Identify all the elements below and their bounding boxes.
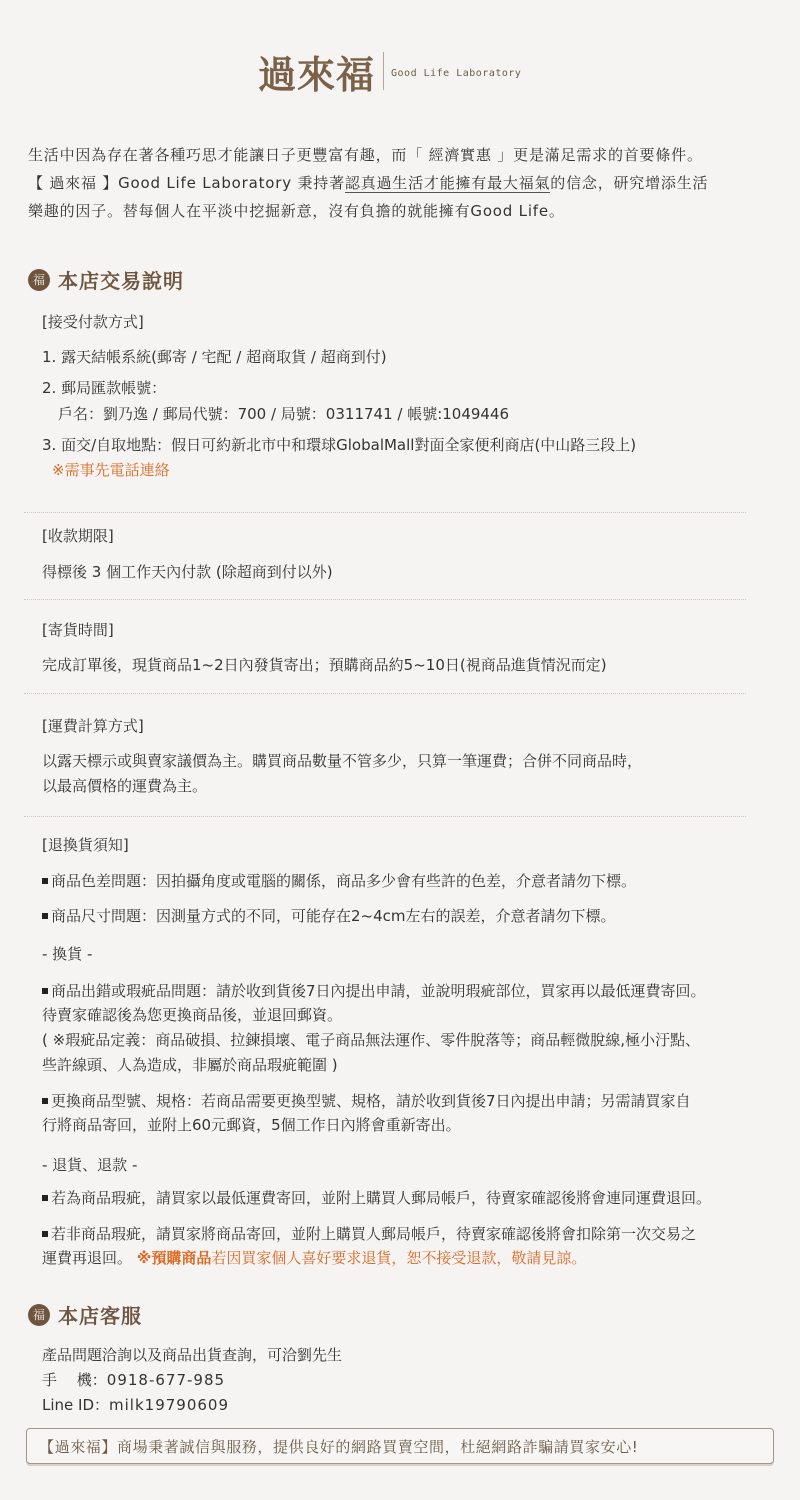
bullet-square-icon — [42, 878, 48, 884]
intro-line-1: 生活中因為存在著各種巧思才能讓日子更豐富有趣，而「 經濟實惠 」更是滿足需求的首… — [28, 141, 788, 169]
payment-heading: [接受付款方式] — [42, 311, 144, 332]
refund-nondefect-text: 運費再退回。 — [42, 1249, 132, 1267]
exchange-label: - 換貨 - — [42, 943, 92, 964]
intro-line-2-start: 【 過來福 】Good Life Laboratory 秉持著 — [28, 174, 345, 192]
size-issue-text: 商品尺寸問題：因測量方式的不同，可能存在2~4cm左右的誤差，介意者請勿下標。 — [51, 907, 616, 925]
size-issue-item: 商品尺寸問題：因測量方式的不同，可能存在2~4cm左右的誤差，介意者請勿下標。 — [42, 905, 616, 926]
refund-nondefect-line-2: 運費再退回。 ※預購商品若因買家個人喜好要求退貨，恕不接受退款，敬請見諒。 — [42, 1247, 586, 1268]
model-line-1: 更換商品型號、規格：若商品需要更換型號、規格，請於收到貨後7日內提出申請；另需請… — [51, 1092, 691, 1110]
shipping-time-heading: [寄貨時間] — [42, 619, 114, 640]
payment-item-1: 1. 露天結帳系統(郵寄 / 宅配 / 超商取貨 / 超商到付) — [42, 346, 387, 367]
payment-item-3: 3. 面交/自取地點：假日可約新北市中和環球GlobalMall對面全家便利商店… — [42, 434, 636, 455]
model-line-2: 行將商品寄回，並附上60元郵資，5個工作日內將會重新寄出。 — [42, 1114, 461, 1135]
bank-account-detail: 戶名：劉乃逸 / 郵局代號：700 / 局號：0311741 / 帳號:1049… — [58, 403, 509, 424]
trust-notice-box: 【過來福】商場秉著誠信與服務，提供良好的網路買賣空間，杜絕網路詐騙請買家安心! — [26, 1428, 774, 1464]
refund-defect-text: 若為商品瑕疵，請買家以最低運費寄回，並附上購買人郵局帳戶，待賣家確認後將會連同運… — [51, 1189, 711, 1207]
intro-line-3: 樂趣的因子。替每個人在平淡中挖掘新意，沒有負擔的就能擁有Good Life。 — [28, 197, 788, 225]
defect-line-3: ( ※瑕疵品定義：商品破損、拉鍊損壞、電子商品無法運作、零件脫落等；商品輕微脫線… — [42, 1029, 700, 1050]
line-id-label: Line ID： — [42, 1396, 109, 1414]
intro-line-2-end: 的信念，研究增添生活 — [550, 174, 708, 192]
fu-badge-icon: 福 — [28, 1304, 50, 1326]
intro-underlined-phrase: 認真過生活才能擁有最大福氣 — [345, 174, 550, 193]
shipping-fee-line-2: 以最高價格的運費為主。 — [42, 775, 207, 796]
phone-label: 手 機： — [42, 1371, 107, 1389]
deadline-text: 得標後 3 個工作天內付款 (除超商到付以外) — [42, 561, 333, 582]
refund-nondefect-item: 若非商品瑕疵，請買家將商品寄回，並附上購買人郵局帳戶，待賣家確認後將會扣除第一次… — [42, 1223, 696, 1244]
shipping-fee-heading: [運費計算方式] — [42, 715, 144, 736]
refund-label: - 退貨、退款 - — [42, 1154, 137, 1175]
color-issue-item: 商品色差問題：因拍攝角度或電腦的關係，商品多少會有些許的色差，介意者請勿下標。 — [42, 870, 636, 891]
model-change-item: 更換商品型號、規格：若商品需要更換型號、規格，請於收到貨後7日內提出申請；另需請… — [42, 1090, 691, 1111]
shipping-fee-line-1: 以露天標示或與賣家議價為主。購買商品數量不管多少，只算一筆運費；合併不同商品時， — [42, 750, 642, 771]
return-heading: [退換貨須知] — [42, 834, 129, 855]
preorder-warning-text: 若因買家個人喜好要求退貨，恕不接受退款，敬請見諒。 — [211, 1249, 586, 1267]
dotted-divider — [24, 599, 746, 600]
line-id-value: milk19790609 — [109, 1396, 229, 1414]
logo-chinese: 過來福 — [258, 44, 375, 99]
preorder-warning-bold: ※預購商品 — [137, 1249, 212, 1267]
shipping-time-text: 完成訂單後，現貨商品1~2日內發貨寄出；預購商品約5~10日(視商品進貨情況而定… — [42, 654, 607, 675]
intro-paragraph: 生活中因為存在著各種巧思才能讓日子更豐富有趣，而「 經濟實惠 」更是滿足需求的首… — [28, 141, 788, 225]
bullet-square-icon — [42, 1098, 48, 1104]
trust-notice-text: 【過來福】商場秉著誠信與服務，提供良好的網路買賣空間，杜絕網路詐騙請買家安心! — [39, 1436, 638, 1457]
service-description: 產品問題洽詢以及商品出貨查詢，可洽劉先生 — [42, 1344, 342, 1365]
line-id-row: Line ID：milk19790609 — [42, 1394, 229, 1415]
dotted-divider — [24, 693, 746, 694]
phone-number: 0918-677-985 — [107, 1371, 225, 1389]
logo-divider — [383, 52, 384, 90]
defect-line-1: 商品出錯或瑕疵品問題：請於收到貨後7日內提出申請，並說明瑕疵部位，買家再以最低運… — [51, 982, 706, 1000]
payment-item-2: 2. 郵局匯款帳號： — [42, 377, 166, 398]
section-header-customer-service: 福 本店客服 — [28, 1300, 142, 1329]
section-header-transaction: 福 本店交易說明 — [28, 265, 184, 294]
defect-line-4: 些許線頭、人為造成，非屬於商品瑕疵範圍 ) — [42, 1054, 338, 1075]
refund-nondefect-line-1: 若非商品瑕疵，請買家將商品寄回，並附上購買人郵局帳戶，待賣家確認後將會扣除第一次… — [51, 1225, 696, 1243]
section-title: 本店客服 — [58, 1300, 142, 1329]
refund-defect-item: 若為商品瑕疵，請買家以最低運費寄回，並附上購買人郵局帳戶，待賣家確認後將會連同運… — [42, 1187, 711, 1208]
dotted-divider — [24, 816, 746, 817]
deadline-heading: [收款期限] — [42, 525, 114, 546]
bullet-square-icon — [42, 913, 48, 919]
bullet-square-icon — [42, 1195, 48, 1201]
defect-line-2: 待賣家確認後為您更換商品後，並退回郵資。 — [42, 1004, 342, 1025]
phone-row: 手 機：0918-677-985 — [42, 1369, 225, 1390]
phone-contact-note: ※需事先電話連絡 — [52, 459, 170, 480]
logo-english: Good Life Laboratory — [391, 68, 521, 79]
brand-logo: 過來福 Good Life Laboratory — [258, 44, 521, 98]
intro-line-2: 【 過來福 】Good Life Laboratory 秉持著認真過生活才能擁有… — [28, 169, 788, 197]
section-title: 本店交易說明 — [58, 265, 184, 294]
bullet-square-icon — [42, 1231, 48, 1237]
defect-item: 商品出錯或瑕疵品問題：請於收到貨後7日內提出申請，並說明瑕疵部位，買家再以最低運… — [42, 980, 706, 1001]
color-issue-text: 商品色差問題：因拍攝角度或電腦的關係，商品多少會有些許的色差，介意者請勿下標。 — [51, 872, 636, 890]
fu-badge-icon: 福 — [28, 269, 50, 291]
bullet-square-icon — [42, 988, 48, 994]
dotted-divider — [24, 512, 746, 513]
